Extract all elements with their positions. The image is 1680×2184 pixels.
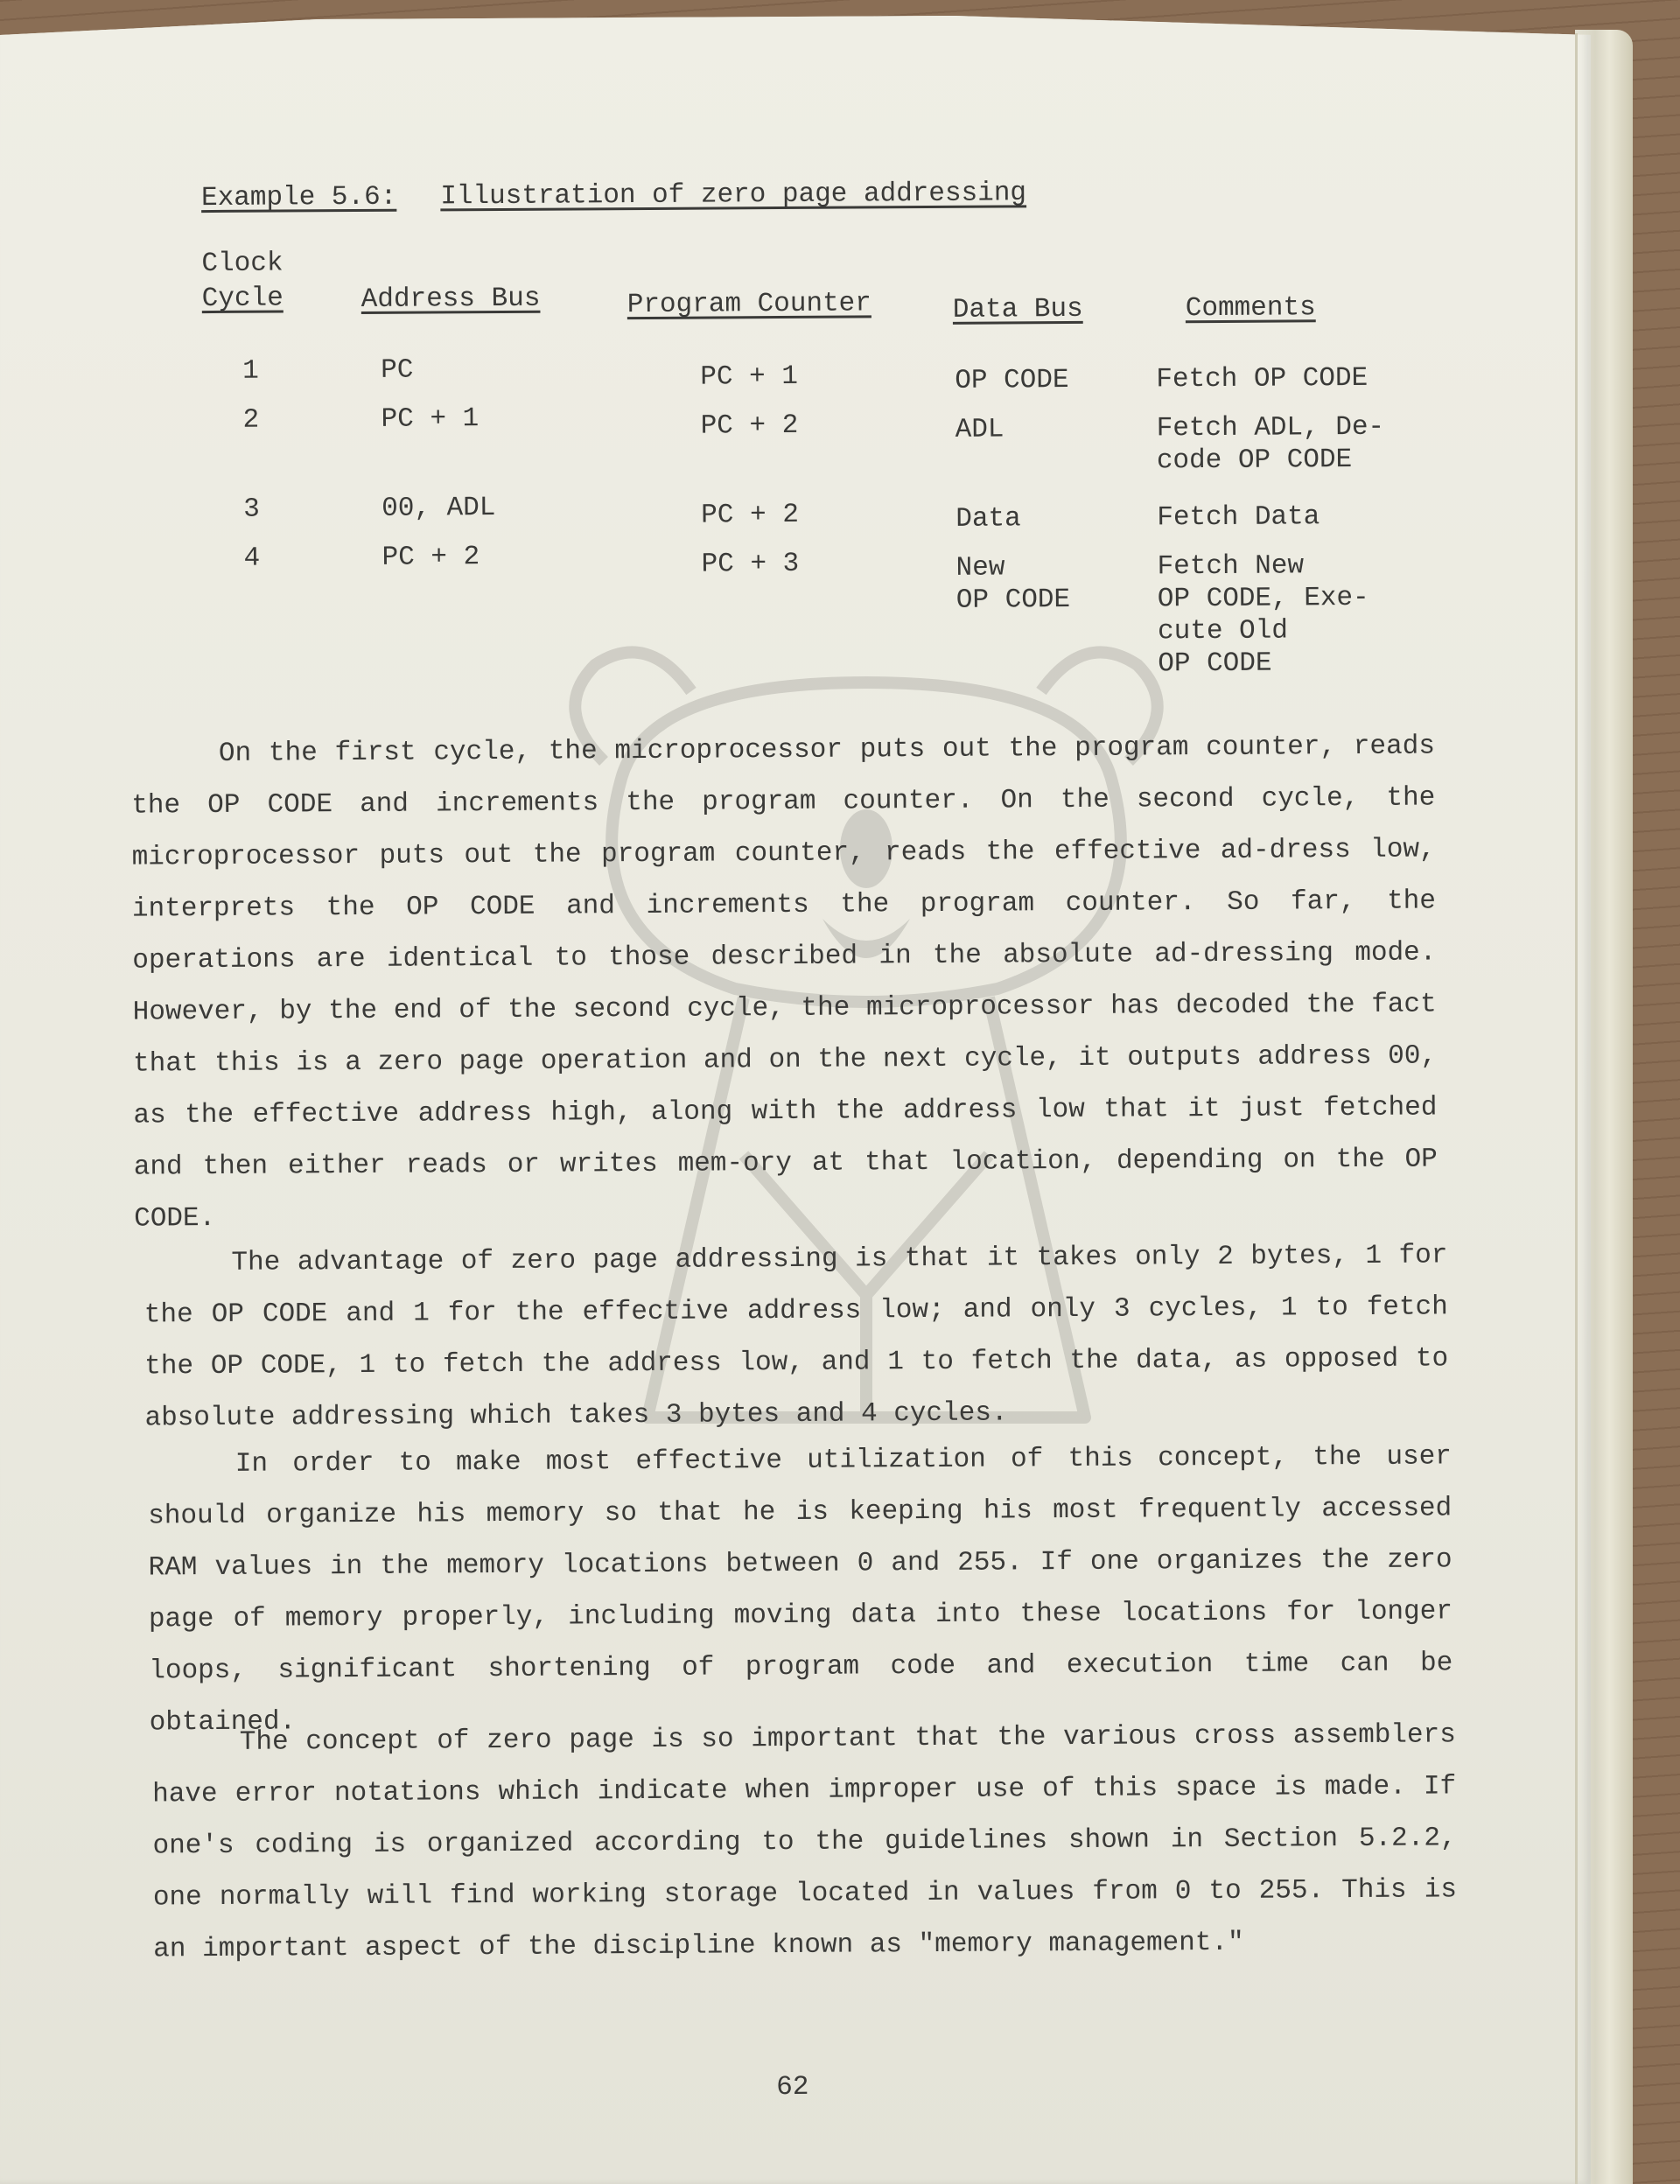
cell-data-bus: Data xyxy=(955,502,1021,535)
cell-cycle: 3 xyxy=(243,493,260,526)
header-comments: Comments xyxy=(1186,290,1316,326)
header-address-bus: Address Bus xyxy=(361,282,541,318)
cell-comments: Fetch ADL, De- code OP CODE xyxy=(1157,411,1385,478)
cell-program-counter: PC + 2 xyxy=(701,499,799,532)
header-clock-cycle: Clock Cycle xyxy=(201,247,283,318)
example-label: Example 5.6: xyxy=(201,182,396,213)
cell-cycle: 1 xyxy=(242,355,259,388)
paragraph: On the first cycle, the microprocessor p… xyxy=(131,720,1438,1244)
paragraph: The concept of zero page is so important… xyxy=(152,1709,1458,1975)
cell-program-counter: PC + 3 xyxy=(701,548,799,581)
header-program-counter: Program Counter xyxy=(627,286,871,323)
cell-data-bus: ADL xyxy=(955,413,1004,445)
cell-address-bus: PC + 2 xyxy=(381,541,479,574)
cell-comments: Fetch New OP CODE, Exe- cute Old OP CODE xyxy=(1158,549,1370,680)
header-clock: Clock xyxy=(201,247,283,283)
example-title: Illustration of zero page addressing xyxy=(440,178,1026,212)
paragraph: In order to make most effective utilizat… xyxy=(148,1431,1453,1748)
table-row: 300, ADLPC + 2DataFetch Data xyxy=(0,0,1585,5)
header-cycle: Cycle xyxy=(202,282,283,318)
cell-data-bus: New OP CODE xyxy=(956,551,1071,617)
register-trace-table: Clock Cycle Address Bus Program Counter … xyxy=(0,0,1585,5)
cell-comments: Fetch OP CODE xyxy=(1156,362,1368,395)
cell-address-bus: 00, ADL xyxy=(381,492,495,525)
table-row: 4PC + 2PC + 3New OP CODEFetch New OP COD… xyxy=(0,0,1585,5)
cell-address-bus: PC xyxy=(381,354,413,387)
cell-comments: Fetch Data xyxy=(1157,500,1319,534)
example-heading: Example 5.6:Illustration of zero page ad… xyxy=(201,178,1026,213)
document-content: Example 5.6:Illustration of zero page ad… xyxy=(0,0,1598,2184)
body-text: On the first cycle, the microprocessor p… xyxy=(0,0,1585,5)
cell-data-bus: OP CODE xyxy=(955,364,1068,397)
cell-cycle: 4 xyxy=(243,542,260,575)
cell-program-counter: PC + 1 xyxy=(700,360,798,394)
paragraph: The advantage of zero page addressing is… xyxy=(143,1229,1448,1444)
cell-address-bus: PC + 1 xyxy=(381,402,479,436)
table-row: 1PCPC + 1OP CODEFetch OP CODE xyxy=(0,0,1585,5)
table-body: 1PCPC + 1OP CODEFetch OP CODE2PC + 1PC +… xyxy=(0,0,1585,5)
table-row: 2PC + 1PC + 2ADLFetch ADL, De- code OP C… xyxy=(0,0,1585,5)
cell-cycle: 2 xyxy=(242,404,259,437)
page-number: 62 xyxy=(776,2072,808,2103)
cell-program-counter: PC + 2 xyxy=(701,409,799,443)
header-data-bus: Data Bus xyxy=(953,292,1083,328)
